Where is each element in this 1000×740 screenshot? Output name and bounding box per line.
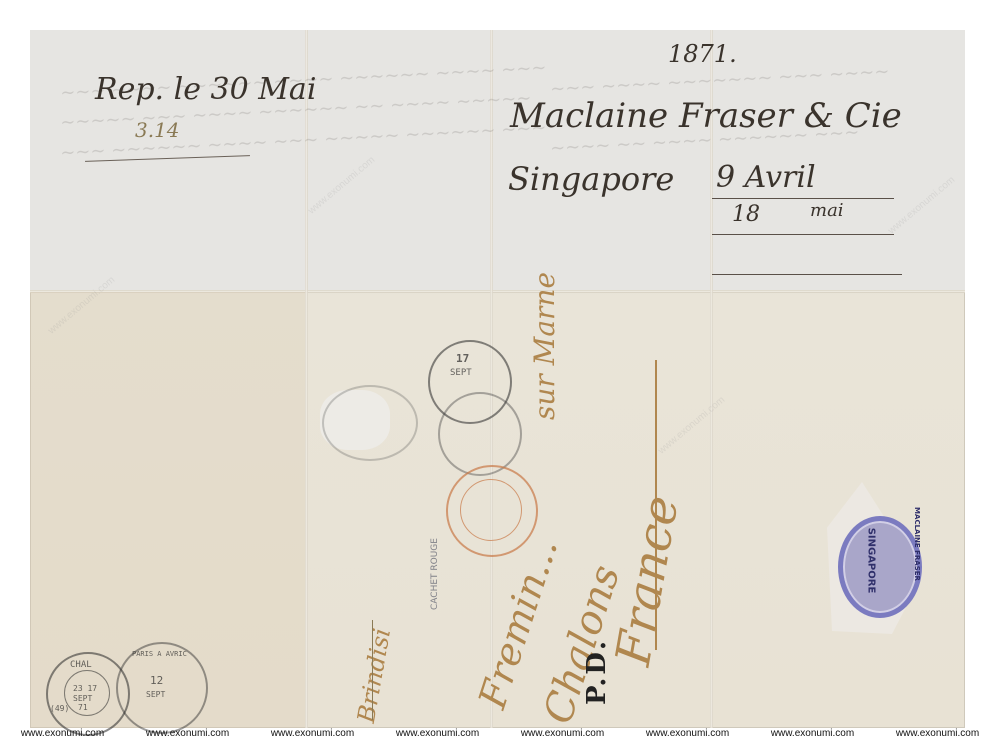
footer-watermark: www.exonumi.com [521,728,604,740]
second-date-suffix: mai [810,200,844,221]
chalons-postmark-date: 23 17 [73,684,97,693]
sender-name: Maclaine Fraser & Cie [510,96,902,136]
year-annotation: 1871. [668,40,737,68]
date-rule-2 [712,234,894,235]
paris-postmark-month: SEPT [146,690,165,699]
footer-watermark: www.exonumi.com [146,728,229,740]
faint-oval-mark [322,385,418,461]
via-underline [372,620,373,720]
docket-number: 3.14 [135,118,180,142]
chalons-postmark-dept: (49) [50,704,69,713]
paris-postmark-route: PARIS A AVRIC [132,650,187,658]
date-rule-1 [712,198,894,199]
seal-center-text: SINGAPORE [865,528,876,594]
transit-postmark-1-day: 17 [456,352,469,365]
country-underline [655,360,657,650]
footer-watermark: www.exonumi.com [646,728,729,740]
chalons-postmark-town: CHAL [70,660,92,670]
footer-watermark: www.exonumi.com [896,728,979,740]
chalons-postmark-month: SEPT [73,694,92,703]
seal-ring-text: MACLAINE FRASER [913,507,921,581]
chalons-postmark-year: 71 [78,703,88,712]
received-date: 9 Avril [716,160,816,195]
footer-watermark: www.exonumi.com [396,728,479,740]
footer-watermark: www.exonumi.com [771,728,854,740]
footer-watermark: www.exonumi.com [271,728,354,740]
address-sur-marne: sur Marne [528,272,561,420]
red-postmark-inner [460,479,522,541]
footer-watermark: www.exonumi.com [21,728,104,740]
transit-postmark-1-month: SEPT [450,368,472,378]
sender-city: Singapore [508,160,674,198]
transit-postmark-2 [438,392,522,476]
pd-paid-destination-stamp: P.D. [582,638,612,705]
date-rule-3 [712,274,902,275]
docket-reply-date: Rep. le 30 Mai [95,72,316,107]
pencil-note: CACHET ROUGE [430,538,440,610]
paris-postmark-day: 12 [150,674,163,687]
watermark-footer: www.exonumi.com www.exonumi.com www.exon… [0,728,1000,740]
second-date: 18 [732,202,760,227]
company-wax-seal [838,516,922,618]
